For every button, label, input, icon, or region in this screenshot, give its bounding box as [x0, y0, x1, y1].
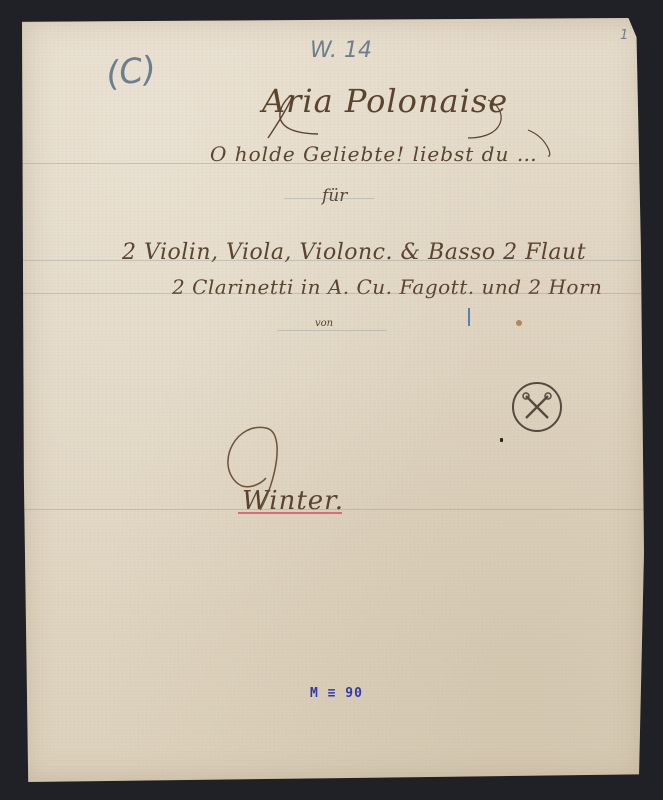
catalog-number: W. 14 [310, 38, 372, 63]
ink-dot [500, 438, 503, 442]
rule-line [22, 293, 644, 294]
ownership-stamp [512, 382, 562, 432]
library-shelfmark: M ≡ 90 [310, 686, 363, 701]
scan-viewer: (C) W. 14 1 Aria Polonaise O holde Gelie… [0, 0, 663, 800]
blue-pencil-tick [468, 308, 470, 326]
short-rule [284, 198, 374, 199]
instrumentation-line-1: 2 Violin, Viola, Violonc. & Basso 2 Flau… [122, 240, 586, 265]
rule-line [22, 260, 644, 261]
for-label: für [322, 186, 347, 206]
ink-spot [516, 320, 522, 326]
by-label: von [315, 318, 333, 329]
manuscript-page: (C) W. 14 1 Aria Polonaise O holde Gelie… [22, 18, 644, 782]
red-underline [238, 512, 342, 514]
crossed-keys-icon [514, 384, 560, 430]
pencil-mark-left: (C) [103, 49, 158, 96]
short-rule [277, 330, 387, 331]
rule-line [22, 163, 644, 164]
instrumentation-line-2: 2 Clarinetti in A. Cu. Fagott. und 2 Hor… [172, 275, 602, 299]
folio-number: 1 [620, 28, 628, 43]
rule-line [22, 509, 644, 510]
